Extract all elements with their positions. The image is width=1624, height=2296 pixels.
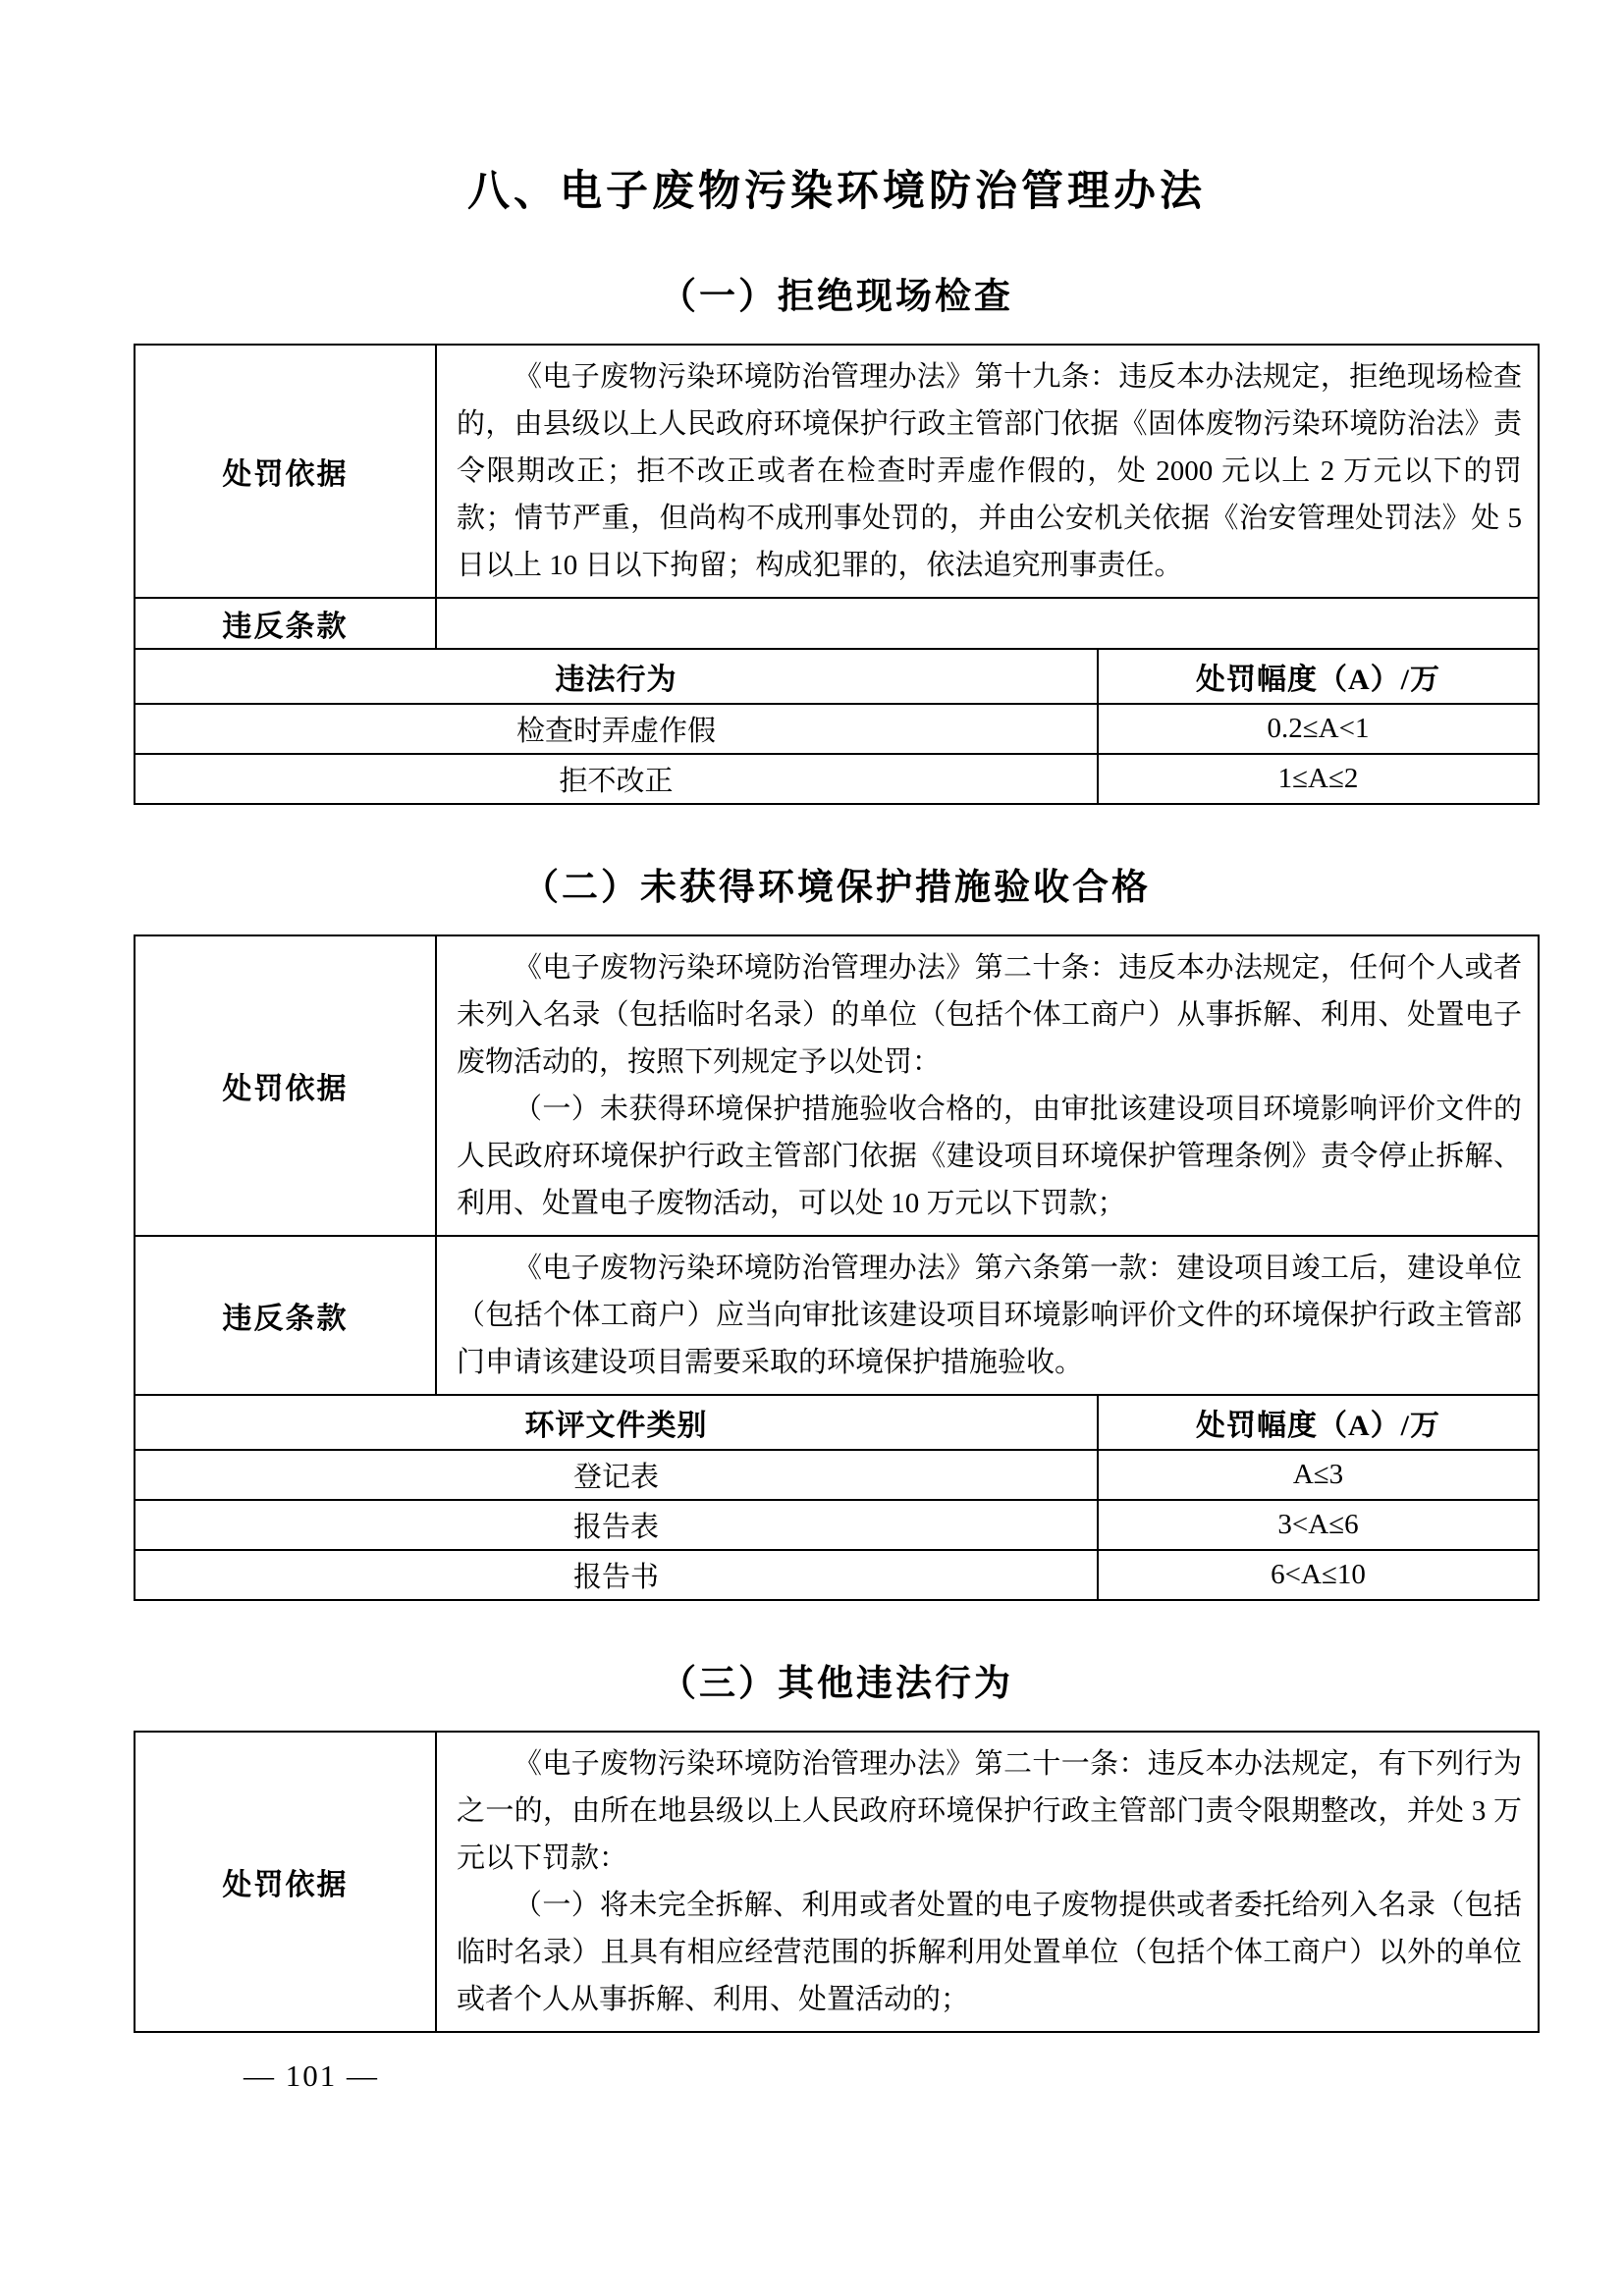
table-row: 违反条款 《电子废物污染环境防治管理办法》第六条第一款：建设项目竣工后，建设单位… bbox=[135, 1236, 1539, 1395]
section-1-range-table: 违法行为 处罚幅度（A）/万 检查时弄虚作假 0.2≤A<1 拒不改正 1≤A≤… bbox=[134, 648, 1540, 805]
eia-doc-type-cell: 报告书 bbox=[135, 1550, 1098, 1600]
table-row: 违反条款 bbox=[135, 598, 1539, 649]
violation-label: 违反条款 bbox=[135, 1236, 436, 1395]
behavior-cell: 检查时弄虚作假 bbox=[135, 704, 1098, 754]
basis-label: 处罚依据 bbox=[135, 345, 436, 598]
penalty-range-cell: 3<A≤6 bbox=[1098, 1500, 1539, 1550]
eia-doc-type-cell: 报告表 bbox=[135, 1500, 1098, 1550]
column-header-eia-doc-type: 环评文件类别 bbox=[135, 1395, 1098, 1450]
column-header-penalty-range: 处罚幅度（A）/万 bbox=[1098, 649, 1539, 704]
basis-paragraph: （一）将未完全拆解、利用或者处置的电子废物提供或者委托给列入名录（包括临时名录）… bbox=[457, 1882, 1522, 2023]
basis-paragraph: 《电子废物污染环境防治管理办法》第十九条：违反本办法规定，拒绝现场检查的，由县级… bbox=[457, 353, 1522, 589]
table-row: 登记表 A≤3 bbox=[135, 1450, 1539, 1500]
penalty-range-cell: A≤3 bbox=[1098, 1450, 1539, 1500]
basis-paragraph: 《电子废物污染环境防治管理办法》第二十一条：违反本办法规定，有下列行为之一的，由… bbox=[457, 1740, 1522, 1882]
table-row: 报告表 3<A≤6 bbox=[135, 1500, 1539, 1550]
table-row: 拒不改正 1≤A≤2 bbox=[135, 754, 1539, 804]
basis-paragraph: （一）未获得环境保护措施验收合格的，由审批该建设项目环境影响评价文件的人民政府环… bbox=[457, 1086, 1522, 1227]
section-3: （三）其他违法行为 处罚依据 《电子废物污染环境防治管理办法》第二十一条：违反本… bbox=[134, 1662, 1540, 2033]
table-row: 报告书 6<A≤10 bbox=[135, 1550, 1539, 1600]
basis-content: 《电子废物污染环境防治管理办法》第二十一条：违反本办法规定，有下列行为之一的，由… bbox=[436, 1732, 1539, 2032]
table-row: 处罚依据 《电子废物污染环境防治管理办法》第十九条：违反本办法规定，拒绝现场检查… bbox=[135, 345, 1539, 598]
column-header-behavior: 违法行为 bbox=[135, 649, 1098, 704]
basis-label: 处罚依据 bbox=[135, 935, 436, 1236]
table-header-row: 违法行为 处罚幅度（A）/万 bbox=[135, 649, 1539, 704]
basis-label: 处罚依据 bbox=[135, 1732, 436, 2032]
section-3-info-table: 处罚依据 《电子废物污染环境防治管理办法》第二十一条：违反本办法规定，有下列行为… bbox=[134, 1731, 1540, 2033]
page-title: 八、电子废物污染环境防治管理办法 bbox=[134, 167, 1540, 218]
penalty-range-cell: 6<A≤10 bbox=[1098, 1550, 1539, 1600]
basis-content: 《电子废物污染环境防治管理办法》第二十条：违反本办法规定，任何个人或者未列入名录… bbox=[436, 935, 1539, 1236]
table-row: 处罚依据 《电子废物污染环境防治管理办法》第二十条：违反本办法规定，任何个人或者… bbox=[135, 935, 1539, 1236]
section-2: （二）未获得环境保护措施验收合格 处罚依据 《电子废物污染环境防治管理办法》第二… bbox=[134, 866, 1540, 1601]
basis-content: 《电子废物污染环境防治管理办法》第十九条：违反本办法规定，拒绝现场检查的，由县级… bbox=[436, 345, 1539, 598]
section-1-info-table: 处罚依据 《电子废物污染环境防治管理办法》第十九条：违反本办法规定，拒绝现场检查… bbox=[134, 344, 1540, 650]
section-2-range-table: 环评文件类别 处罚幅度（A）/万 登记表 A≤3 报告表 3<A≤6 报告书 6… bbox=[134, 1394, 1540, 1601]
section-1-heading: （一）拒绝现场检查 bbox=[134, 275, 1540, 320]
table-header-row: 环评文件类别 处罚幅度（A）/万 bbox=[135, 1395, 1539, 1450]
section-1: （一）拒绝现场检查 处罚依据 《电子废物污染环境防治管理办法》第十九条：违反本办… bbox=[134, 275, 1540, 805]
violation-paragraph: 《电子废物污染环境防治管理办法》第六条第一款：建设项目竣工后，建设单位（包括个体… bbox=[457, 1245, 1522, 1386]
violation-content-empty bbox=[436, 598, 1539, 649]
document-content: 八、电子废物污染环境防治管理办法 （一）拒绝现场检查 处罚依据 《电子废物污染环… bbox=[134, 0, 1540, 2094]
page-number: — 101 — bbox=[244, 2058, 1540, 2094]
table-row: 检查时弄虚作假 0.2≤A<1 bbox=[135, 704, 1539, 754]
penalty-range-cell: 0.2≤A<1 bbox=[1098, 704, 1539, 754]
violation-content: 《电子废物污染环境防治管理办法》第六条第一款：建设项目竣工后，建设单位（包括个体… bbox=[436, 1236, 1539, 1395]
behavior-cell: 拒不改正 bbox=[135, 754, 1098, 804]
basis-paragraph: 《电子废物污染环境防治管理办法》第二十条：违反本办法规定，任何个人或者未列入名录… bbox=[457, 944, 1522, 1086]
violation-label: 违反条款 bbox=[135, 598, 436, 649]
table-row: 处罚依据 《电子废物污染环境防治管理办法》第二十一条：违反本办法规定，有下列行为… bbox=[135, 1732, 1539, 2032]
eia-doc-type-cell: 登记表 bbox=[135, 1450, 1098, 1500]
document-page: 八、电子废物污染环境防治管理办法 （一）拒绝现场检查 处罚依据 《电子废物污染环… bbox=[0, 0, 1624, 2296]
section-2-info-table: 处罚依据 《电子废物污染环境防治管理办法》第二十条：违反本办法规定，任何个人或者… bbox=[134, 934, 1540, 1396]
section-2-heading: （二）未获得环境保护措施验收合格 bbox=[134, 866, 1540, 911]
column-header-penalty-range: 处罚幅度（A）/万 bbox=[1098, 1395, 1539, 1450]
penalty-range-cell: 1≤A≤2 bbox=[1098, 754, 1539, 804]
section-3-heading: （三）其他违法行为 bbox=[134, 1662, 1540, 1707]
